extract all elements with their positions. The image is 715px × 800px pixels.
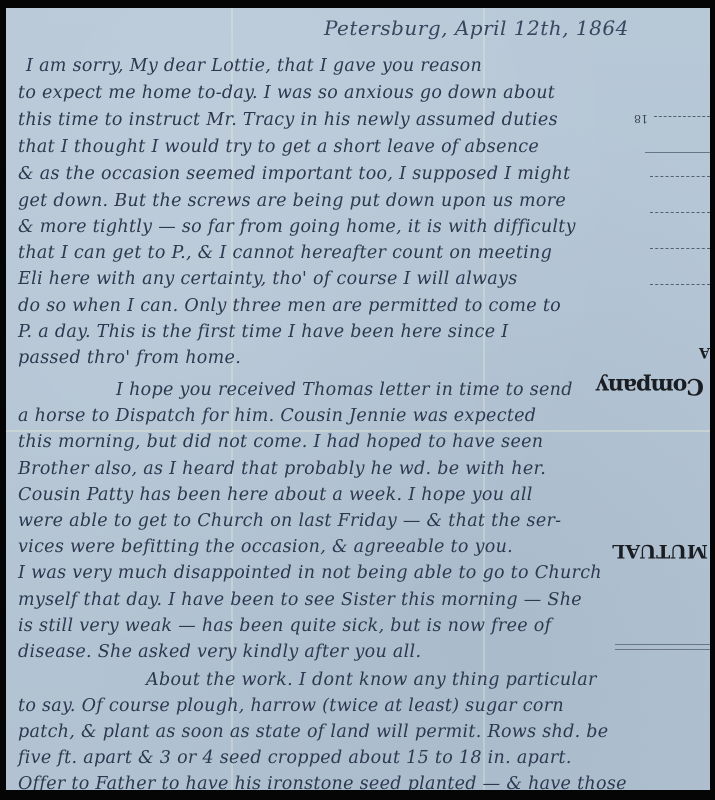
letter-line: P. a day. This is the first time I have … <box>18 322 509 342</box>
letter-line: get down. But the screws are being put d… <box>18 191 566 211</box>
letter-line: I am sorry, My dear Lottie, that I gave … <box>26 56 482 76</box>
letter-dateline: Petersburg, April 12th, 1864 <box>324 16 629 40</box>
letter-line: disease. She asked very kindly after you… <box>18 642 421 662</box>
letter-line: Eli here with any certainty, tho' of cou… <box>18 269 518 289</box>
letter-page: 18 A Company MUTUAL Petersburg, April 12… <box>6 8 710 790</box>
letter-line: is still very weak — has been quite sick… <box>18 616 551 636</box>
letter-line: Brother also, as I heard that probably h… <box>18 459 546 479</box>
letter-line: patch, & plant as soon as state of land … <box>18 722 608 742</box>
letter-line: that I can get to P., & I cannot hereaft… <box>18 243 552 263</box>
letter-line: & more tightly — so far from going home,… <box>18 217 576 237</box>
letter-line: Cousin Patty has been here about a week.… <box>18 485 533 505</box>
letter-body: Petersburg, April 12th, 1864 I am sorry,… <box>6 8 710 790</box>
letter-line: to say. Of course plough, harrow (twice … <box>18 696 564 716</box>
letter-line: Offer to Father to have his ironstone se… <box>18 774 627 790</box>
letter-line: that I thought I would try to get a shor… <box>18 137 539 157</box>
letter-line: were able to get to Church on last Frida… <box>18 511 561 531</box>
letter-line: five ft. apart & 3 or 4 seed cropped abo… <box>18 748 572 768</box>
letter-line: I hope you received Thomas letter in tim… <box>116 380 573 400</box>
scan-frame: 18 A Company MUTUAL Petersburg, April 12… <box>0 0 715 800</box>
letter-line: passed thro' from home. <box>18 348 241 368</box>
letter-line: this morning, but did not come. I had ho… <box>18 432 543 452</box>
letter-line: vices were befitting the occasion, & agr… <box>18 537 513 557</box>
letter-line: About the work. I dont know any thing pa… <box>146 670 597 690</box>
letter-line: myself that day. I have been to see Sist… <box>18 590 582 610</box>
letter-line: & as the occasion seemed important too, … <box>18 164 570 184</box>
letter-line: a horse to Dispatch for him. Cousin Jenn… <box>18 406 536 426</box>
letter-line: I was very much disappointed in not bein… <box>18 563 602 583</box>
letter-line: do so when I can. Only three men are per… <box>18 296 561 316</box>
letter-line: to expect me home to-day. I was so anxio… <box>18 83 555 103</box>
letter-line: this time to instruct Mr. Tracy in his n… <box>18 110 558 130</box>
